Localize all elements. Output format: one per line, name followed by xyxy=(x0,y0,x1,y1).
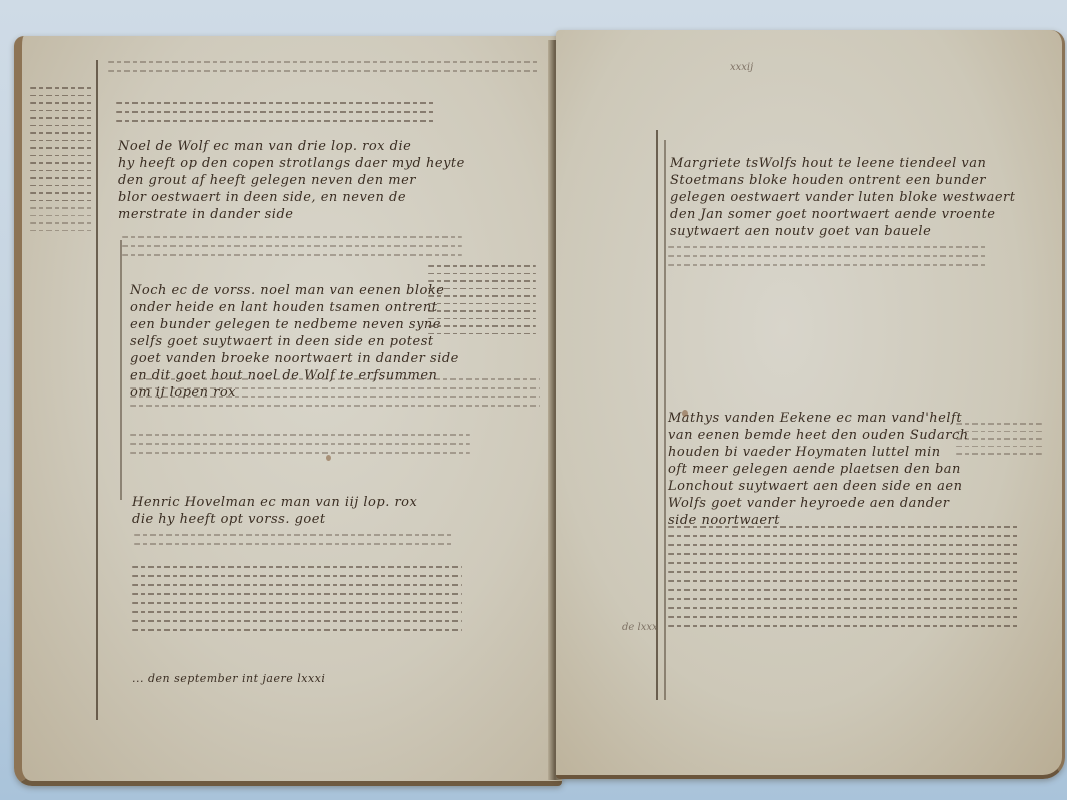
annotation-block xyxy=(130,428,470,461)
margin-rule xyxy=(664,140,666,700)
annotation-block xyxy=(116,96,436,129)
annotation-block xyxy=(132,560,462,638)
annotation-block xyxy=(130,372,540,414)
annotation-block xyxy=(668,520,1018,634)
margin-note-inner xyxy=(428,260,536,340)
ink-stain xyxy=(682,410,688,417)
closing-date-line: ... den september int jaere lxxxi xyxy=(132,670,325,687)
annotation-block xyxy=(134,528,454,552)
entry-henric-hovelman: Henric Hovelman ec man van iij lop. rox … xyxy=(132,494,417,528)
right-page xyxy=(556,30,1065,779)
entry-noel-de-wolf: Noel de Wolf ec man van drie lop. rox di… xyxy=(118,138,465,223)
annotation-block xyxy=(668,240,988,273)
margin-rule xyxy=(96,60,98,720)
entry-margriete-tswolfs: Margriete tsWolfs hout te leene tiendeel… xyxy=(670,155,1015,240)
ink-stain xyxy=(326,455,331,461)
margin-note-right xyxy=(956,418,1042,461)
margin-note-left xyxy=(30,82,92,237)
annotation-block xyxy=(108,55,538,79)
folio-number: xxxij xyxy=(730,62,753,73)
margin-rule xyxy=(656,130,658,700)
manuscript-photo: Noel de Wolf ec man van drie lop. rox di… xyxy=(0,0,1067,800)
margin-rule xyxy=(120,240,122,500)
margin-note-label: de lxxx xyxy=(622,622,658,633)
annotation-block xyxy=(122,230,462,263)
entry-mathys-vanden-eekene: Mathys vanden Eekene ec man vand'helft v… xyxy=(668,410,969,529)
